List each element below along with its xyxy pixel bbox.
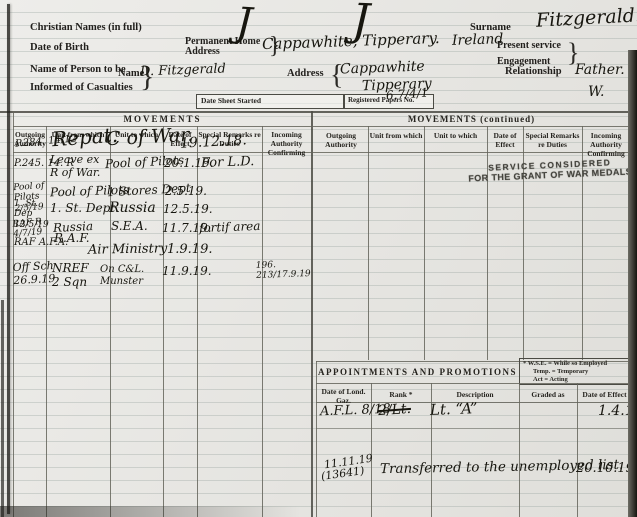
informed-label-line1: Name of Person to be	[30, 64, 126, 75]
appt-col-rank: Rank *	[372, 390, 430, 399]
right-col-line-3	[487, 126, 488, 360]
relationship-value-handwriting: Father.	[575, 62, 625, 78]
movements-title: MOVEMENTS	[14, 114, 311, 124]
movement-row-remarks: fortif area	[199, 220, 261, 236]
present-service-label: Present service	[497, 40, 561, 51]
binding-edge-left-lower	[1, 300, 4, 517]
permanent-home-country-handwriting: Ireland	[452, 31, 504, 49]
scan-edge-right	[628, 50, 637, 517]
appt-col-description: Description	[432, 390, 518, 399]
col2-special-remarks: Special Remarks re Duties	[524, 131, 581, 149]
main-divider-line	[0, 111, 637, 113]
col2-outgoing-authority: Outgoing Authority	[315, 131, 367, 149]
center-divider-line	[311, 111, 313, 517]
christian-names-label: Christian Names (in full)	[30, 22, 142, 33]
note-date2-handwriting: 20.10.19	[576, 462, 634, 477]
christian-initial-handwriting: J	[235, 0, 253, 46]
legend-temp: Temp. = Temporary	[523, 368, 607, 376]
permanent-home-label-line2: Address	[185, 46, 220, 57]
movement-row-unit-to: Russia	[109, 200, 156, 216]
relationship-label: Relationship	[505, 66, 562, 77]
service-record-sheet: Christian Names (in full) Date of Birth …	[0, 0, 637, 517]
legend-wse: * W.S.E. = While so Employed	[523, 360, 607, 368]
movement-row-unit-from: Leave ex R of War.	[50, 154, 108, 179]
movement-row-incoming: 196. 213/17.9.19	[256, 259, 309, 281]
movement-row-authority: Off Sch 26.9.19	[12, 260, 55, 287]
appointments-title: APPOINTMENTS AND PROMOTIONS	[316, 367, 519, 377]
movement-row-date: 12.5.19.	[163, 203, 213, 217]
col-incoming-authority: Incoming Authority Confirming	[263, 130, 310, 157]
left-col-line-5	[262, 126, 263, 517]
movement-row-unit-to: On C&L. Munster	[100, 264, 158, 287]
movements-continued-title: MOVEMENTS (continued)	[313, 114, 630, 124]
date-sheet-started-label: Date Sheet Started	[201, 96, 261, 105]
movement-row-remarks: For L.D.	[201, 155, 255, 172]
appointments-title-underline	[316, 383, 632, 384]
address-label: Address	[287, 68, 324, 79]
movement-row-unit-to: Air Ministry	[88, 242, 168, 258]
registered-papers-value-handwriting: 6.7/4/1	[386, 87, 429, 104]
appt-col-line-4	[577, 383, 578, 517]
next-of-kin-name-handwriting: D. Fitzgerald	[140, 63, 226, 81]
movement-row-date: 19.12.18.	[180, 132, 248, 152]
col2-unit-to: Unit to which	[425, 131, 486, 140]
movement-row-date: 11.9.19.	[162, 265, 212, 279]
col2-incoming-authority: Incoming Authority Confirming	[583, 131, 629, 158]
appt-col-line-3	[519, 383, 520, 517]
relationship-note-handwriting: W.	[588, 84, 604, 100]
col2-unit-from: Unit from which	[369, 131, 423, 140]
movement-row-date: 2.5.19.	[165, 185, 207, 199]
right-col-line-1	[368, 126, 369, 360]
next-of-kin-address-line1-handwriting: Cappawhite	[340, 59, 425, 78]
appt-col-line-0	[316, 361, 317, 517]
appointments-legend: * W.S.E. = While so Employed Temp. = Tem…	[523, 360, 607, 384]
appointment-rank-struck-handwriting: 2/Lt.	[377, 401, 411, 419]
movement-row-unit-to: S.E.A.	[111, 220, 148, 234]
movement-row-date: 1.9.19.	[167, 243, 212, 258]
surname-value-handwriting: Fitzgerald.	[536, 5, 637, 32]
right-col-line-2	[424, 126, 425, 360]
scan-smudge-bottom	[0, 506, 300, 517]
appt-col-date: Date of Effect	[578, 390, 631, 399]
appointment-description-handwriting: Lt. “A”	[430, 400, 478, 419]
binding-edge-left	[7, 4, 10, 514]
appointments-row-line	[316, 428, 632, 429]
left-table-border	[13, 111, 14, 517]
permanent-home-value-handwriting: Cappawhite, Tipperary.	[262, 30, 440, 53]
movement-row-unit-from: R.A.F.	[54, 232, 90, 246]
col2-date-of-effect: Date of Effect	[488, 131, 522, 149]
informed-label-line2: Informed of Casualties	[30, 82, 133, 93]
appt-col-graded: Graded as	[520, 390, 576, 399]
date-of-birth-label: Date of Birth	[30, 42, 89, 53]
movement-row-unit-from: NREF 2 Sqn	[52, 262, 94, 290]
